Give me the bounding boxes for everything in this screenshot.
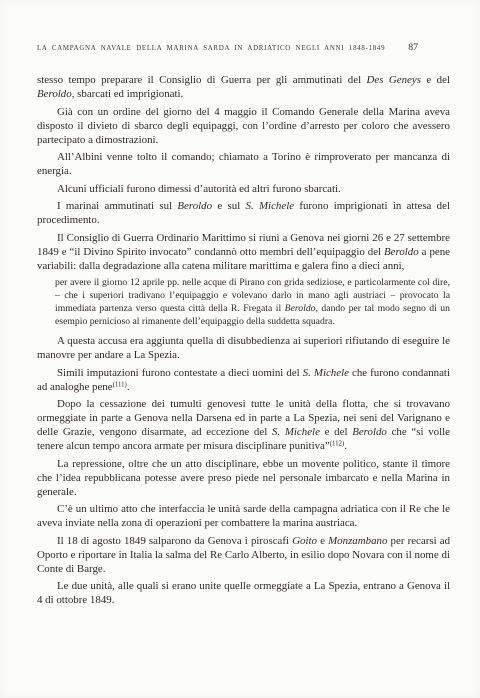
italic-run: Beroldo — [37, 88, 72, 100]
text-run: A questa accusa era aggiunta quella di d… — [37, 335, 450, 361]
text-run: e sul — [212, 200, 245, 212]
paragraph: Alcuni ufficiali furono dimessi d’autori… — [37, 182, 450, 196]
text-run: e del — [320, 426, 352, 438]
text-run: , sbarcati ed imprigionati. — [72, 88, 184, 100]
text-run: Le due unità, alle quali si erano unite … — [37, 580, 450, 606]
italic-run: Beroldo — [352, 426, 387, 438]
paragraph: C’è un ultimo atto che interfaccia le un… — [37, 502, 450, 530]
paragraph: A questa accusa era aggiunta quella di d… — [37, 334, 450, 362]
paragraph: Dopo la cessazione dei tumulti genovesi … — [37, 397, 450, 453]
text-run: Alcuni ufficiali furono dimessi d’autori… — [57, 183, 341, 195]
book-page: LA CAMPAGNA NAVALE DELLA MARINA SARDA IN… — [0, 0, 480, 698]
paragraph: Il Consiglio di Guerra Ordinario Maritti… — [37, 231, 450, 273]
paragraph: I marinai ammutinati sul Beroldo e sul S… — [37, 199, 450, 227]
footnote-reference: (112) — [330, 441, 344, 448]
text-run: C’è un ultimo atto che interfaccia le un… — [37, 503, 450, 529]
italic-run: Goito — [292, 535, 317, 547]
running-title: LA CAMPAGNA NAVALE DELLA MARINA SARDA IN… — [37, 45, 385, 52]
text-run: . — [127, 381, 130, 393]
text-run: Il 18 di agosto 1849 salparono da Genova… — [57, 535, 292, 547]
paragraph: La repressione, oltre che un atto discip… — [37, 457, 450, 499]
paragraph: stesso tempo preparare il Consiglio di G… — [37, 73, 450, 101]
text-run: e — [317, 535, 328, 547]
italic-run: Beroldo — [285, 303, 316, 314]
page-body: stesso tempo preparare il Consiglio di G… — [37, 73, 450, 607]
italic-run: S. Michele — [303, 367, 349, 379]
italic-run: Beroldo — [177, 200, 212, 212]
text-run: I marinai ammutinati sul — [57, 200, 177, 212]
text-run: . — [344, 440, 347, 452]
text-run: La repressione, oltre che un atto discip… — [37, 458, 450, 498]
italic-run: Des Geneys — [367, 74, 421, 86]
paragraph: Le due unità, alle quali si erano unite … — [37, 579, 450, 607]
text-run: stesso tempo preparare il Consiglio di G… — [37, 74, 367, 86]
italic-run: Beroldo — [384, 246, 419, 258]
italic-run: S. Michele — [246, 200, 295, 212]
paragraph: Il 18 di agosto 1849 salparono da Genova… — [37, 534, 450, 576]
text-run: All’Albini venne tolto il comando; chiam… — [37, 151, 450, 177]
block-quote: per avere il giorno 12 aprile pp. nelle … — [55, 276, 450, 328]
paragraph: Simili imputazioni furono contestate a d… — [37, 366, 450, 394]
paragraph: Già con un ordine del giorno del 4 maggi… — [37, 105, 450, 147]
footnote-reference: (111) — [113, 381, 127, 388]
italic-run: S. Michele — [272, 426, 320, 438]
text-run: e del — [421, 74, 450, 86]
paragraph: All’Albini venne tolto il comando; chiam… — [37, 150, 450, 178]
page-number: 87 — [408, 42, 418, 53]
page-header: LA CAMPAGNA NAVALE DELLA MARINA SARDA IN… — [37, 42, 450, 53]
text-run: Simili imputazioni furono contestate a d… — [57, 367, 303, 379]
text-run: Già con un ordine del giorno del 4 maggi… — [37, 106, 450, 146]
italic-run: Monzambano — [328, 535, 387, 547]
